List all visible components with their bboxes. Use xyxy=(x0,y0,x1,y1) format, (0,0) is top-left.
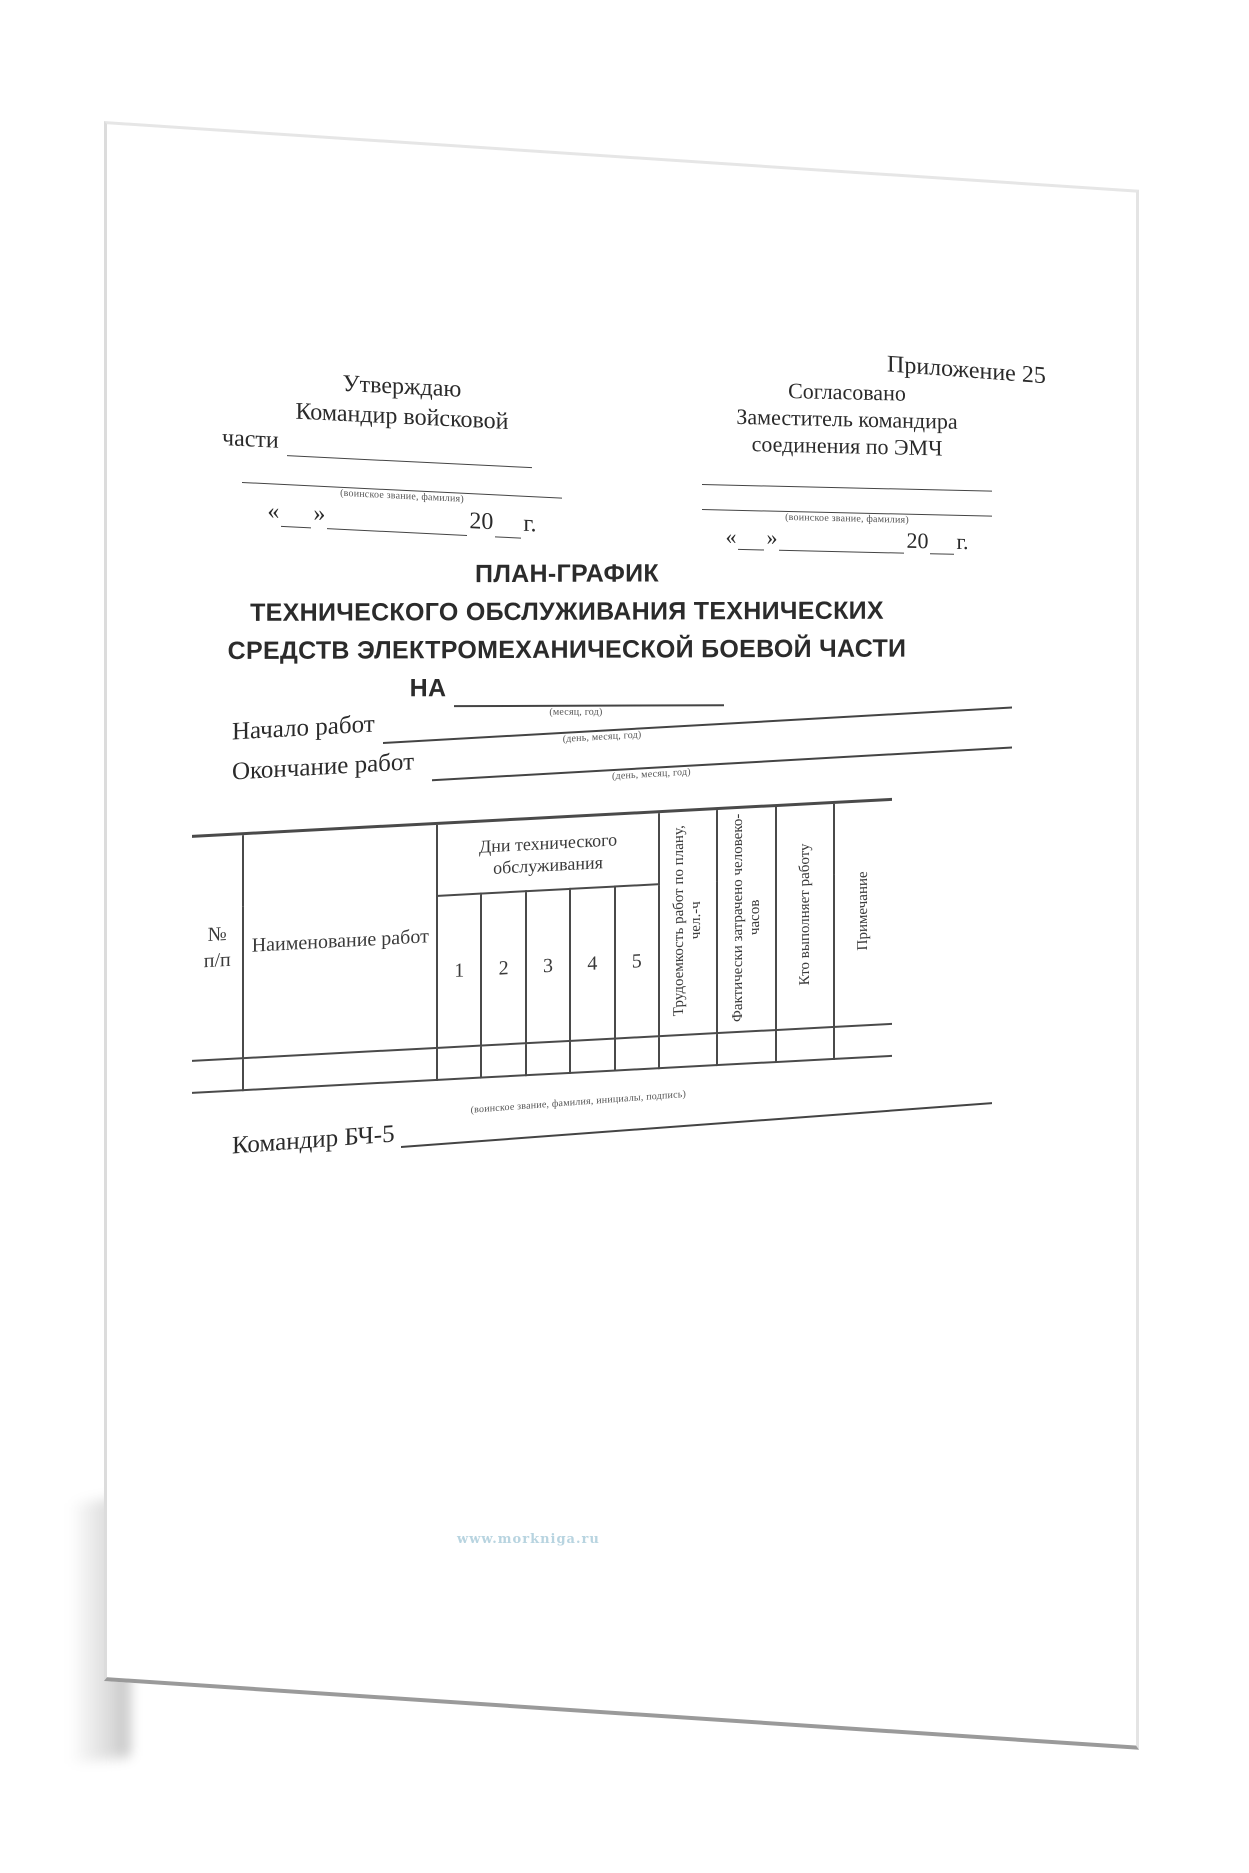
stage: Приложение 25 Утверждаю Командир войсков… xyxy=(0,0,1249,1873)
cell-number[interactable] xyxy=(192,1058,243,1093)
plan-table: № п/п Наименование работ Дни техническог… xyxy=(192,798,892,1094)
col-header-day-2: 2 xyxy=(481,891,525,1045)
quote-open: « xyxy=(267,496,279,527)
col-header-performer: Кто выполняет работу xyxy=(776,802,835,1030)
year-prefix: 20 xyxy=(906,527,928,555)
end-date-caption: (день, месяц, год) xyxy=(612,767,691,783)
title-line-2: ТЕХНИЧЕСКОГО ОБСЛУЖИВАНИЯ ТЕХНИЧЕСКИХ xyxy=(207,591,927,632)
cell-day-1[interactable] xyxy=(437,1046,481,1080)
signature-row: Командир БЧ-5 (воинское звание, фамилия,… xyxy=(232,1076,992,1160)
performer-text: Кто выполняет работу xyxy=(797,843,814,986)
col-number-symbol: № xyxy=(192,920,242,949)
cell-day-3[interactable] xyxy=(526,1041,570,1075)
col-header-work-name: Наименование работ xyxy=(243,823,437,1058)
col-header-actual-labor: Фактически затрачено человеко-часов xyxy=(717,805,776,1033)
col-header-day-3: 3 xyxy=(526,889,570,1043)
title-line-3: СРЕДСТВ ЭЛЕКТРОМЕХАНИЧЕСКОЙ БОЕВОЙ ЧАСТИ xyxy=(207,629,927,670)
cell-note[interactable] xyxy=(834,1024,892,1059)
signature-label: Командир БЧ-5 xyxy=(232,1120,395,1160)
cell-day-5[interactable] xyxy=(615,1036,659,1070)
year-suffix: г. xyxy=(523,509,536,540)
approval-unit-field[interactable] xyxy=(287,433,532,468)
agreement-year-field[interactable] xyxy=(930,531,954,555)
col-header-maintenance-days: Дни технического обслуживания xyxy=(437,812,659,896)
year-suffix: г. xyxy=(956,528,968,555)
planned-labor-text: Трудоемкость работ по плану, чел.-ч xyxy=(671,814,705,1026)
year-prefix: 20 xyxy=(469,506,493,537)
cell-day-2[interactable] xyxy=(481,1043,525,1077)
approval-year-field[interactable] xyxy=(495,514,521,538)
col-header-note: Примечание xyxy=(834,799,892,1027)
signature-field[interactable]: (воинское звание, фамилия, инициалы, под… xyxy=(401,1080,992,1148)
col-header-day-5: 5 xyxy=(615,884,659,1038)
cell-day-4[interactable] xyxy=(570,1039,614,1073)
col-header-number: № п/п xyxy=(192,834,243,1061)
cell-planned-labor[interactable] xyxy=(659,1033,718,1068)
actual-labor-text: Фактически затрачено человеко-часов xyxy=(730,811,764,1023)
col-header-day-4: 4 xyxy=(570,887,614,1041)
approval-day-field[interactable] xyxy=(281,504,311,528)
approval-month-field[interactable] xyxy=(327,506,467,536)
agreement-month-field[interactable] xyxy=(779,528,904,554)
watermark: www.morkniga.ru xyxy=(457,1532,600,1547)
approval-block: Утверждаю Командир войсковой части (воин… xyxy=(222,363,582,542)
plan-table-wrapper: № п/п Наименование работ Дни техническог… xyxy=(192,798,892,1094)
col-header-planned-labor: Трудоемкость работ по плану, чел.-ч xyxy=(659,809,718,1037)
col-header-day-1: 1 xyxy=(437,894,481,1048)
cell-performer[interactable] xyxy=(776,1027,835,1062)
cell-actual-labor[interactable] xyxy=(717,1030,776,1065)
col-number-abbrev: п/п xyxy=(192,946,242,975)
quote-open: « xyxy=(725,523,736,550)
agreement-day-field[interactable] xyxy=(738,527,764,551)
note-text: Примечание xyxy=(855,871,872,951)
title-line-1: ПЛАН-ГРАФИК xyxy=(207,553,927,594)
quote-close: » xyxy=(766,524,777,551)
agreement-block: Согласовано Заместитель командира соедин… xyxy=(687,375,1007,556)
signature-caption: (воинское звание, фамилия, инициалы, под… xyxy=(471,1089,686,1117)
approval-position-line2: части xyxy=(222,423,279,456)
form-page: Приложение 25 Утверждаю Командир войсков… xyxy=(104,121,1139,1750)
quote-close: » xyxy=(313,498,325,529)
